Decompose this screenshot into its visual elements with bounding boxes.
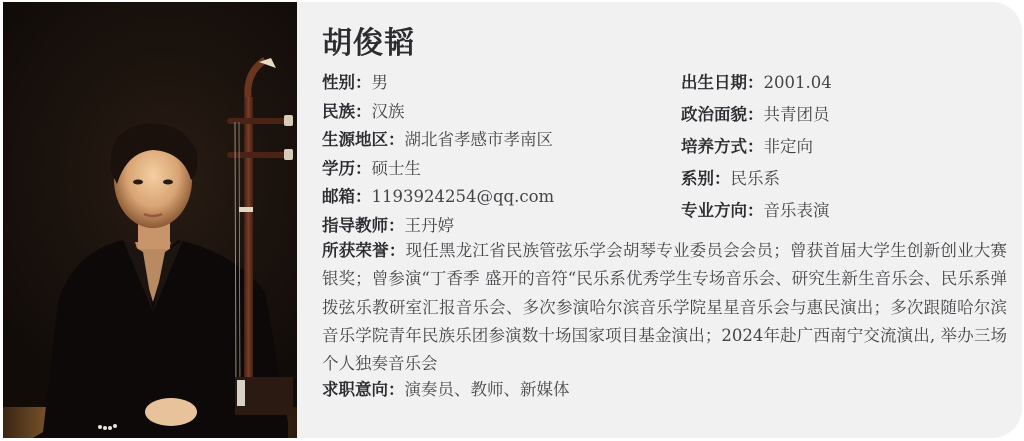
field-value: 音乐表演 [764, 201, 830, 220]
profile-card: 胡俊韬 性别：男 民族：汉族 生源地区：湖北省孝感市孝南区 学历：硕士生 邮箱：… [297, 2, 1022, 438]
honors-text: 现任黑龙江省民族管弦乐学会胡琴专业委员会会员；曾获首届大学生创新创业大赛银奖；曾… [322, 241, 1007, 373]
field-label: 性别： [322, 73, 372, 92]
field-value: 民乐系 [731, 169, 781, 188]
field-value: 汉族 [372, 102, 405, 121]
field-label: 学历： [322, 159, 372, 178]
field-label: 专业方向： [681, 201, 764, 220]
field-value: 共青团员 [764, 105, 830, 124]
field-advisor: 指导教师：王丹婷 [322, 215, 454, 237]
field-value: 2001.04 [764, 73, 832, 92]
profile-name: 胡俊韬 [322, 24, 415, 64]
field-label: 培养方式： [681, 137, 764, 156]
field-major-direction: 专业方向：音乐表演 [681, 200, 830, 222]
field-value: 硕士生 [372, 159, 422, 178]
field-label: 求职意向： [322, 380, 405, 399]
field-value: 王丹婷 [405, 216, 455, 235]
field-email: 邮箱：1193924254@qq.com [322, 186, 554, 208]
field-political-status: 政治面貌：共青团员 [681, 104, 830, 126]
field-gender: 性别：男 [322, 72, 388, 94]
field-label: 政治面貌： [681, 105, 764, 124]
field-label: 出生日期： [681, 73, 764, 92]
field-value: 演奏员、教师、新媒体 [405, 380, 570, 399]
field-value: 1193924254@qq.com [372, 187, 555, 206]
field-label: 指导教师： [322, 216, 405, 235]
field-job-intent: 求职意向：演奏员、教师、新媒体 [322, 379, 570, 401]
field-education: 学历：硕士生 [322, 158, 421, 180]
field-value: 男 [372, 73, 389, 92]
field-origin-region: 生源地区：湖北省孝感市孝南区 [322, 129, 553, 151]
field-birth-date: 出生日期：2001.04 [681, 72, 832, 94]
field-label: 民族： [322, 102, 372, 121]
field-value: 湖北省孝感市孝南区 [405, 130, 554, 149]
field-department: 系别：民乐系 [681, 168, 780, 190]
field-value: 非定向 [764, 137, 814, 156]
field-label: 生源地区： [322, 130, 405, 149]
field-label: 邮箱： [322, 187, 372, 206]
profile-photo [3, 2, 297, 438]
field-label: 系别： [681, 169, 731, 188]
honors-label: 所获荣誉： [322, 241, 406, 260]
honors-section: 所获荣誉：现任黑龙江省民族管弦乐学会胡琴专业委员会会员；曾获首届大学生创新创业大… [322, 237, 1007, 378]
field-training-mode: 培养方式：非定向 [681, 136, 813, 158]
field-ethnicity: 民族：汉族 [322, 101, 405, 123]
